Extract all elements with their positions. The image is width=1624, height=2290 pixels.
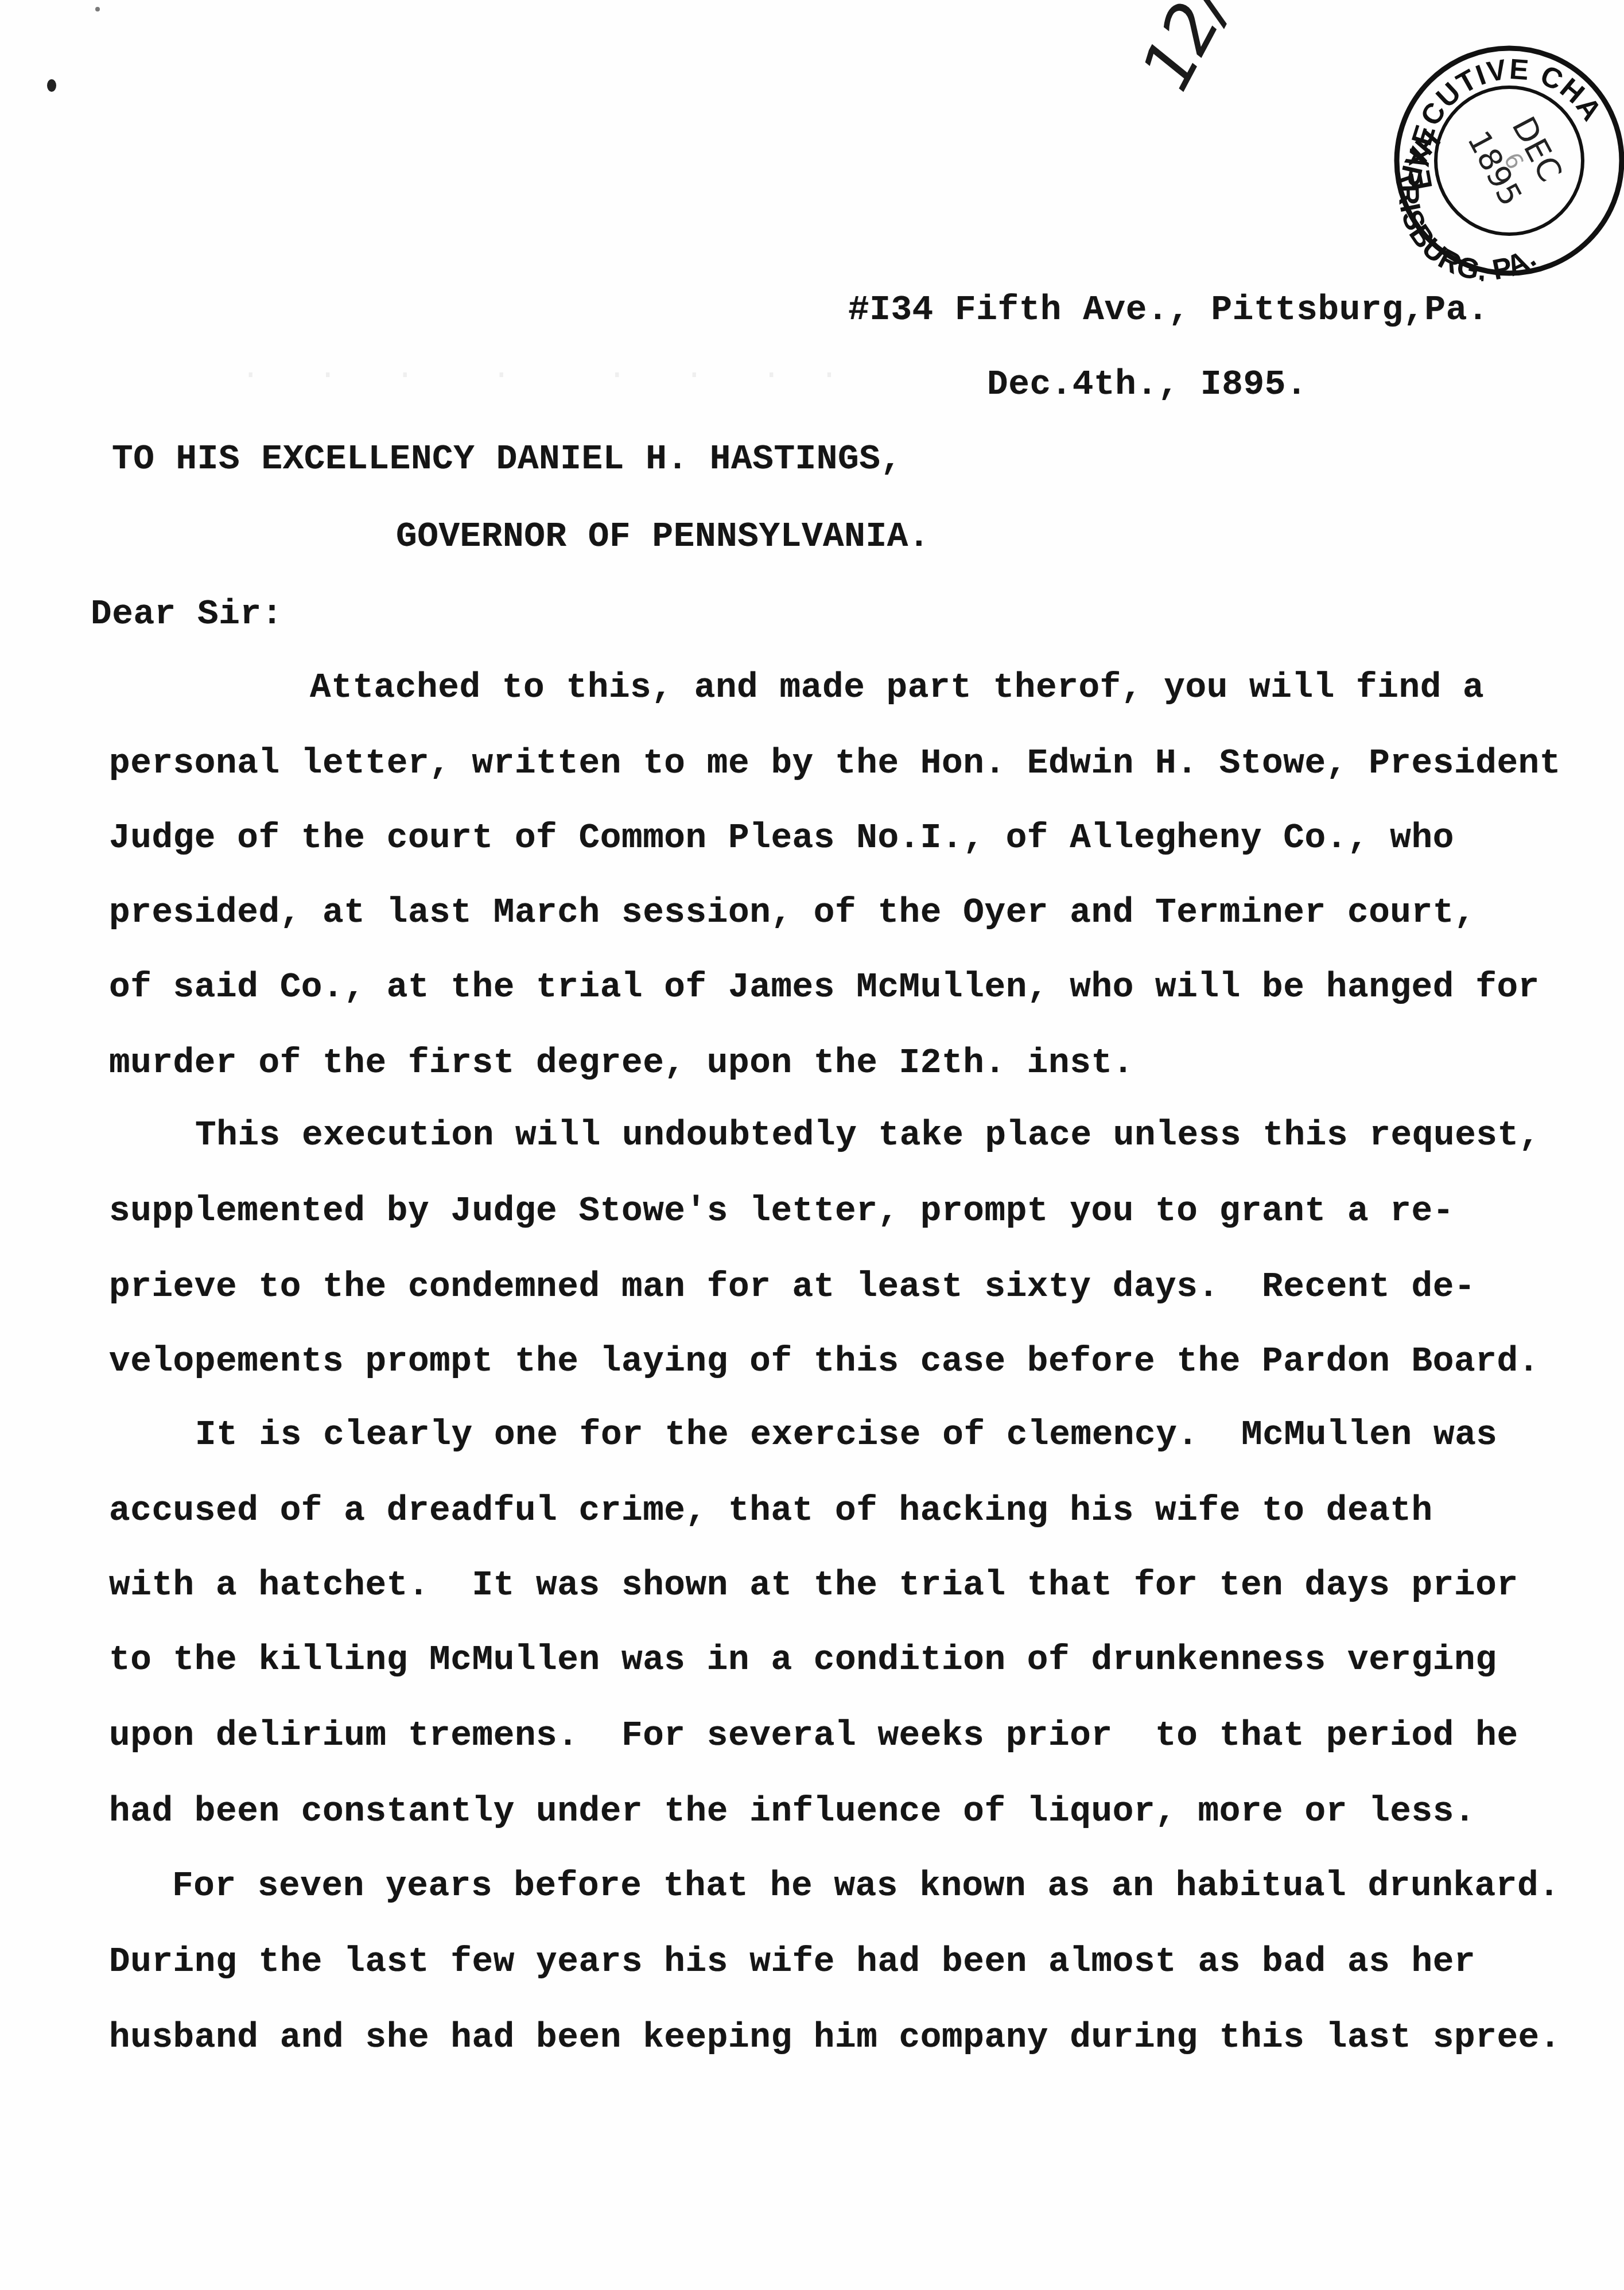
body-line: upon delirium tremens. For several weeks… — [109, 1718, 1518, 1753]
body-line: velopements prompt the laying of this ca… — [109, 1344, 1540, 1379]
body-line: personal letter, written to me by the Ho… — [109, 746, 1561, 781]
body-line: had been constantly under the influence … — [109, 1794, 1475, 1829]
ink-speck — [47, 79, 56, 92]
handwritten-date: 12/6/95 — [1126, 0, 1314, 103]
recipient-title: GOVERNOR OF PENNSYLVANIA. — [396, 519, 930, 554]
body-line: of said Co., at the trial of James McMul… — [109, 970, 1540, 1005]
body-line: For seven years before that he was known… — [172, 1869, 1560, 1904]
body-line: Judge of the court of Common Pleas No.I.… — [109, 821, 1454, 856]
letter-page: . . . . . . . . 12/6/95 EXECUTIVE CHAMBE… — [0, 0, 1624, 2290]
executive-chamber-stamp-icon: EXECUTIVE CHAMBER HARRISBURG, PA. DEC 6 … — [1389, 40, 1624, 281]
body-line: murder of the first degree, upon the I2t… — [109, 1046, 1134, 1081]
body-line: with a hatchet. It was shown at the tria… — [109, 1568, 1518, 1603]
body-line: supplemented by Judge Stowe's letter, pr… — [109, 1194, 1454, 1229]
body-line: to the killing McMullen was in a conditi… — [109, 1643, 1497, 1678]
body-line: accused of a dreadful crime, that of hac… — [109, 1493, 1433, 1528]
letter-date: Dec.4th., I895. — [987, 367, 1307, 402]
body-line: This execution will undoubtedly take pla… — [195, 1118, 1540, 1153]
body-line: During the last few years his wife had b… — [109, 1944, 1475, 1980]
body-line: prieve to the condemned man for at least… — [109, 1270, 1475, 1305]
body-line: It is clearly one for the exercise of cl… — [195, 1418, 1498, 1453]
body-line: Attached to this, and made part therof, … — [310, 670, 1484, 705]
sender-address: #I34 Fifth Ave., Pittsburg,Pa. — [848, 293, 1489, 328]
salutation: Dear Sir: — [91, 597, 283, 632]
body-line: husband and she had been keeping him com… — [109, 2020, 1561, 2055]
body-line: presided, at last March session, of the … — [109, 895, 1475, 930]
ink-speck — [95, 7, 100, 11]
recipient-name: TO HIS EXCELLENCY DANIEL H. HASTINGS, — [112, 442, 902, 477]
